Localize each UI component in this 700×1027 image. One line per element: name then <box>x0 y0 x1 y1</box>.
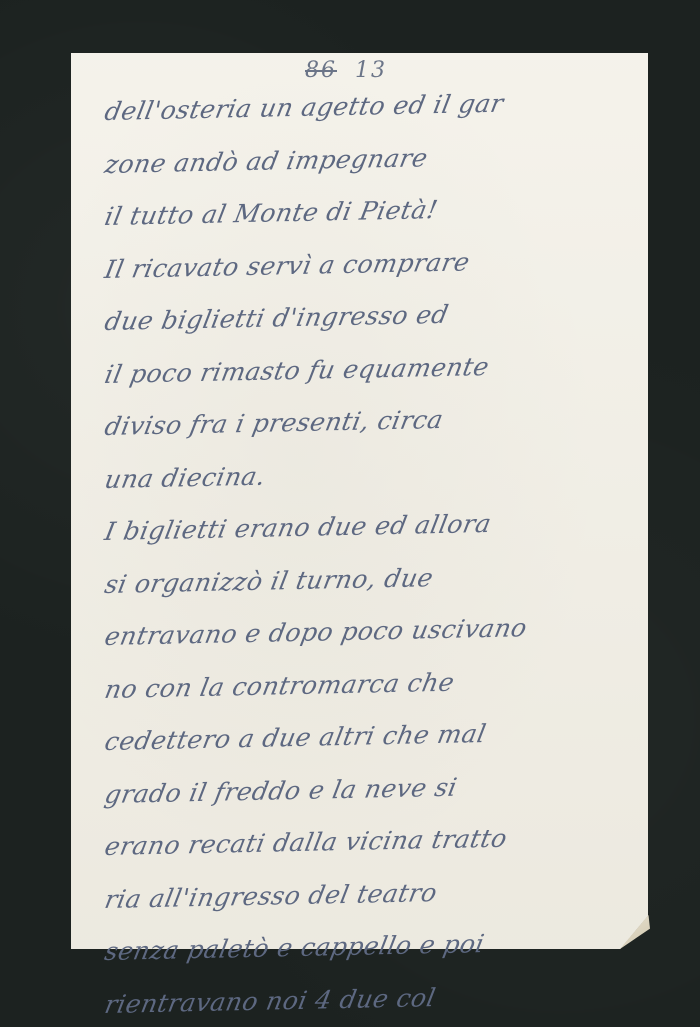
handwritten-text: dell'osteria un agetto ed il gar zone an… <box>105 86 630 1027</box>
current-page-number: 13 <box>355 58 387 83</box>
page-number: 8613 <box>305 58 387 83</box>
struck-page-number: 86 <box>305 58 337 83</box>
